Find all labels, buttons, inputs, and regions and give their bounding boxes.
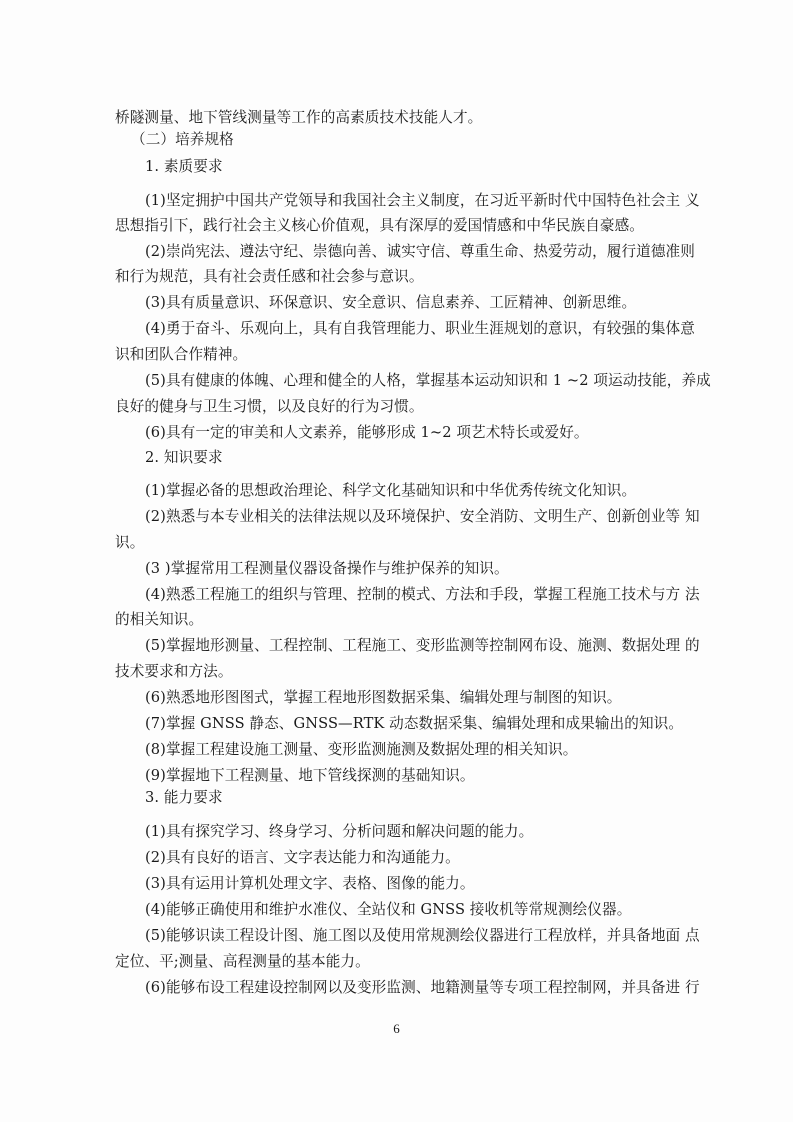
subsection-heading-quality: 1. 素质要求 bbox=[145, 158, 700, 176]
ability-item-3-line-1: (3)具有运用计算机处理文字、表格、图像的能力。 bbox=[145, 875, 670, 893]
subsection-heading-knowledge: 2. 知识要求 bbox=[145, 449, 700, 467]
knowledge-item-4-line-2: 的相关知识。 bbox=[115, 611, 670, 629]
quality-item-5-line-1: (5)具有健康的体魄、心理和健全的人格，掌握基本运动知识和 1 ~2 项运动技能… bbox=[145, 372, 670, 390]
ability-item-1-line-1: (1)具有探究学习、终身学习、分析问题和解决问题的能力。 bbox=[145, 823, 670, 841]
quality-item-1-line-2: 思想指引下，践行社会主义核心价值观，具有深厚的爱国情感和中华民族自豪感。 bbox=[115, 217, 670, 235]
quality-item-2-line-1: (2)崇尚宪法、遵法守纪、崇德向善、诚实守信、尊重生命、热爱劳动，履行道德准则 bbox=[145, 243, 670, 261]
ability-item-2-line-1: (2)具有良好的语言、文字表达能力和沟通能力。 bbox=[145, 849, 670, 867]
knowledge-item-2-line-1: (2)熟悉与本专业相关的法律法规以及环境保护、安全消防、文明生产、创新创业等 知 bbox=[145, 508, 670, 526]
knowledge-item-1-line-1: (1)掌握必备的思想政治理论、科学文化基础知识和中华优秀传统文化知识。 bbox=[145, 482, 670, 500]
knowledge-item-5-line-2: 技术要求和方法。 bbox=[115, 663, 670, 681]
quality-item-2-line-2: 和行为规范，具有社会责任感和社会参与意识。 bbox=[115, 268, 670, 286]
subsection-heading-ability: 3. 能力要求 bbox=[145, 789, 700, 807]
knowledge-item-5-line-1: (5)掌握地形测量、工程控制、工程施工、变形监测等控制网布设、施测、数据处理 的 bbox=[145, 637, 670, 655]
continuation-text: 桥隧测量、地下管线测量等工作的高素质技术技能人才。 bbox=[115, 109, 670, 127]
knowledge-item-4-line-1: (4)熟悉工程施工的组织与管理、控制的模式、方法和手段，掌握工程施工技术与方 法 bbox=[145, 586, 670, 604]
section-heading: （二）培养规格 bbox=[131, 131, 686, 149]
quality-item-4-line-1: (4)勇于奋斗、乐观向上，具有自我管理能力、职业生涯规划的意识，有较强的集体意 bbox=[145, 320, 670, 338]
quality-item-4-line-2: 识和团队合作精神。 bbox=[115, 346, 670, 364]
knowledge-item-9-line-1: (9)掌握地下工程测量、地下管线探测的基础知识。 bbox=[145, 767, 670, 785]
page-number: 6 bbox=[0, 1021, 793, 1037]
document-page: 桥隧测量、地下管线测量等工作的高素质技术技能人才。 （二）培养规格 1. 素质要… bbox=[0, 0, 793, 1122]
quality-item-5-line-2: 良好的健身与卫生习惯，以及良好的行为习惯。 bbox=[115, 398, 670, 416]
knowledge-item-3-line-1: (3 )掌握常用工程测量仪器设备操作与维护保养的知识。 bbox=[145, 560, 670, 578]
knowledge-item-7-line-1: (7)掌握 GNSS 静态、GNSS—RTK 动态数据采集、编辑处理和成果输出的… bbox=[145, 715, 670, 733]
quality-item-6-line-1: (6)具有一定的审美和人文素养，能够形成 1~2 项艺术特长或爱好。 bbox=[145, 424, 670, 442]
ability-item-4-line-1: (4)能够正确使用和维护水准仪、全站仪和 GNSS 接收机等常规测绘仪器。 bbox=[145, 901, 670, 919]
quality-item-1-line-1: (1)坚定拥护中国共产党领导和我国社会主义制度，在习近平新时代中国特色社会主 义 bbox=[145, 192, 670, 210]
knowledge-item-2-line-2: 识。 bbox=[115, 534, 670, 552]
knowledge-item-8-line-1: (8)掌握工程建设施工测量、变形监测施测及数据处理的相关知识。 bbox=[145, 741, 670, 759]
quality-item-3-line-1: (3)具有质量意识、环保意识、安全意识、信息素养、工匠精神、创新思维。 bbox=[145, 294, 670, 312]
ability-item-5-line-2: 定位、平;测量、高程测量的基本能力。 bbox=[115, 953, 670, 971]
ability-item-5-line-1: (5)能够识读工程设计图、施工图以及使用常规测绘仪器进行工程放样，并具备地面 点 bbox=[145, 927, 670, 945]
ability-item-6-line-1: (6)能够布设工程建设控制网以及变形监测、地籍测量等专项工程控制网，并具备进 行 bbox=[145, 979, 670, 997]
knowledge-item-6-line-1: (6)熟悉地形图图式，掌握工程地形图数据采集、编辑处理与制图的知识。 bbox=[145, 689, 670, 707]
